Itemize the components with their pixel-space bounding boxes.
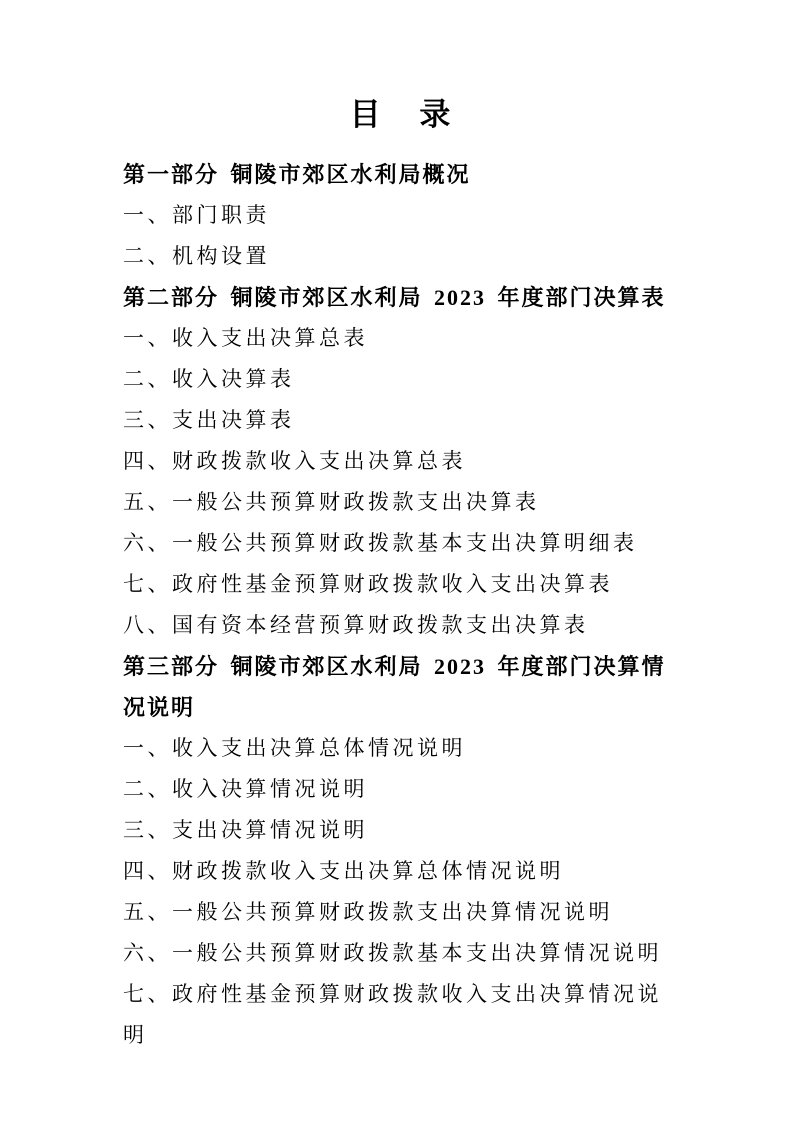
- toc-item: 八、国有资本经营预算财政拨款支出决算表: [123, 605, 677, 646]
- toc-item: 六、一般公共预算财政拨款基本支出决算情况说明: [123, 933, 677, 974]
- document-page: 目 录 第一部分 铜陵市郊区水利局概况 一、部门职责 二、机构设置 第二部分 铜…: [0, 0, 793, 1122]
- toc-item: 二、收入决算表: [123, 359, 677, 400]
- section-heading-2: 第二部分 铜陵市郊区水利局 2023 年度部门决算表: [123, 277, 677, 318]
- toc-item: 一、收入支出决算总表: [123, 318, 677, 359]
- toc-item: 二、机构设置: [123, 236, 677, 277]
- toc-item: 五、一般公共预算财政拨款支出决算情况说明: [123, 892, 677, 933]
- toc-item: 三、支出决算情况说明: [123, 810, 677, 851]
- toc-title: 目 录: [123, 97, 677, 133]
- toc-item: 七、政府性基金预算财政拨款收入支出决算表: [123, 564, 677, 605]
- toc-item: 一、收入支出决算总体情况说明: [123, 728, 677, 769]
- toc-item: 二、收入决算情况说明: [123, 769, 677, 810]
- toc-item: 三、支出决算表: [123, 400, 677, 441]
- toc-item: 一、部门职责: [123, 195, 677, 236]
- toc-item: 六、一般公共预算财政拨款基本支出决算明细表: [123, 523, 677, 564]
- toc-item: 五、一般公共预算财政拨款支出决算表: [123, 482, 677, 523]
- section-heading-1: 第一部分 铜陵市郊区水利局概况: [123, 154, 677, 195]
- toc-item: 四、财政拨款收入支出决算总表: [123, 441, 677, 482]
- section-heading-3: 第三部分 铜陵市郊区水利局 2023 年度部门决算情况说明: [123, 646, 677, 728]
- toc-item: 七、政府性基金预算财政拨款收入支出决算情况说明: [123, 974, 677, 1056]
- toc-item: 四、财政拨款收入支出决算总体情况说明: [123, 851, 677, 892]
